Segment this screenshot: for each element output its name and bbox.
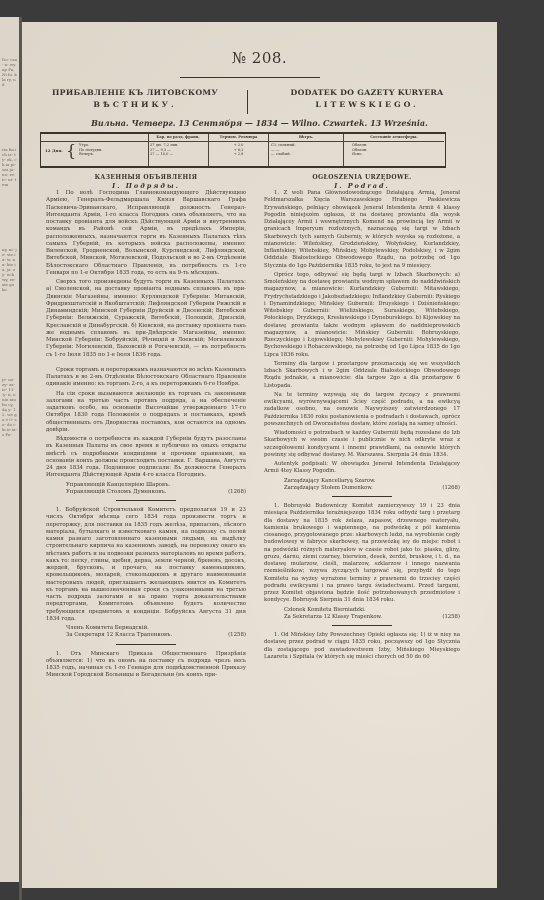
masthead-polish-line2: LITEWSKIEGO.	[262, 99, 472, 111]
article-paragraph: Сроки торгамъ и переторжкамъ назначаются…	[46, 367, 246, 389]
masthead-russian: ПРИБАВЛЕНІЕ КЪ ЛИТОВСКОМУ ВѢСТНИКУ.	[30, 87, 240, 111]
weather-barometer: 27 — 10,0 —	[150, 152, 206, 157]
weather-thermometer: + 2,8	[211, 152, 266, 157]
section-divider	[332, 496, 392, 497]
weather-wind: — слабый.	[271, 152, 341, 157]
polish-column: OGŁOSZENIA URZĘDOWE. I. Podrad. 1. Z wol…	[264, 174, 460, 663]
article-paragraph: Oprócz tego, odbywać się będą targi w Iz…	[264, 272, 460, 359]
weather-sky: Ясно.	[352, 152, 442, 157]
signature-line: Управляющій Столомъ Думенковъ.(1268)	[46, 489, 246, 496]
previous-page-text: ny, ni- je- ste ia- w. na- kie ia, ja- z…	[2, 247, 17, 367]
column-heading: КАЗЕННЫЯ ОБЪЯВЛЕНІЯ	[46, 174, 246, 182]
weather-col-barometer: Бар. по разд. франц. 27 дю. 7,2 лин. 27 …	[148, 134, 209, 166]
previous-page-text: ria fia ich iz- ty- ek, ck ia pi- sza ja…	[2, 147, 17, 247]
weather-time: Вечеръ.	[79, 152, 146, 157]
column-subheading: I. Podrad.	[264, 182, 460, 190]
signature-line: Zarządzający Kancellaryą Szarow.	[264, 478, 460, 485]
masthead-russian-line1: ПРИБАВЛЕНІЕ КЪ ЛИТОВСКОМУ	[30, 87, 240, 99]
weather-col-time: Утро. По полудни. Вечеръ.	[41, 134, 149, 166]
signature-line: Управляющій Канцеляріею Шаровъ.	[46, 482, 246, 489]
weather-table: 12 Дня. { Утро. По полудни. Вечеръ. Бар.…	[40, 132, 446, 168]
russian-column: КАЗЕННЫЯ ОБЪЯВЛЕНІЯ I. Подряды. 1 По вол…	[46, 174, 246, 682]
masthead-russian-line2: ВѢСТНИКУ.	[30, 99, 240, 111]
weather-header: Вѣтръ.	[269, 135, 343, 142]
weather-header: Состояніе атмосферы.	[344, 135, 444, 142]
signature-line: Zarządzający Stołem Dumenkow.(1268)	[264, 485, 460, 492]
previous-page-edge: Do- cza- n- wy ap Pa, Ni fo. kla ry, ud …	[0, 17, 20, 882]
article-paragraph: Autentyk podpisali: W obowiązku Jenerał …	[264, 461, 460, 476]
masthead-polish-line1: DODATEK DO GAZETY KURYERA	[262, 87, 472, 99]
article-paragraph: Na te terminy wzywają się do targow życz…	[264, 392, 460, 428]
reference-number: (1268)	[228, 489, 246, 496]
article-paragraph: Wiadomości o potrzebach w każdey Guberni…	[264, 430, 460, 459]
weather-header: Термом. Реомюра	[209, 135, 268, 142]
article-paragraph: На сіи сроки вызываются желающіе къ торг…	[46, 391, 246, 435]
reference-number: (1258)	[442, 614, 460, 621]
masthead-polish: DODATEK DO GAZETY KURYERA LITEWSKIEGO.	[262, 87, 472, 111]
article-paragraph: 1 По волѣ Господина Главнокомандующего Д…	[46, 190, 246, 277]
article-paragraph: 1. Бобруйской Строительной Комитетъ пред…	[46, 507, 246, 623]
previous-page-text: je- no- zy- za- ie- 11- 'y- n, o nie niu…	[2, 377, 17, 557]
section-divider	[116, 500, 176, 501]
column-heading: OGŁOSZENIA URZĘDOWE.	[264, 174, 460, 182]
signature-line: Za Sekretarza 12 Klassy Trapenkow.(1258)	[264, 614, 460, 621]
article-paragraph: 1. Z woli Pana Głównodowodzącego Działaj…	[264, 190, 460, 270]
weather-col-wind: Вѣтръ. СЗ. сильный. — — — слабый.	[269, 134, 344, 166]
dateline: Вильна. Четверг. 13 Сентября — 1834 — Wi…	[22, 118, 497, 128]
section-divider	[332, 625, 392, 626]
article-paragraph: Вѣдомости о потребности въ каждой Губерн…	[46, 436, 246, 480]
article-paragraph: Сверхъ того произведены будутъ торги въ …	[46, 279, 246, 359]
signature-line: Członek Komitetu Bierniadzki.	[264, 607, 460, 614]
column-subheading: I. Подряды.	[46, 182, 246, 190]
masthead-divider	[247, 90, 248, 114]
signature-line: За Секретаря 12 Класса Трапенковъ.(1258)	[46, 632, 246, 639]
weather-header: Бар. по разд. франц.	[148, 135, 208, 142]
issue-underline	[180, 77, 320, 78]
weather-col-sky: Состояніе атмосферы. Облачн. Облачн. Ясн…	[344, 134, 444, 166]
section-divider	[116, 644, 176, 645]
weather-col-thermometer: Термом. Реомюра + 2,0 + 6,2 + 2,8	[209, 134, 269, 166]
article-paragraph: 1. Od Mińskiey Izby Powszechney Opieki o…	[264, 632, 460, 661]
reference-number: (1268)	[442, 485, 460, 492]
issue-number: № 208.	[22, 49, 497, 67]
article-paragraph: 1. Отъ Минскаго Приказа Общественнаго Пр…	[46, 651, 246, 680]
previous-page-text: Do- cza- n- wy ap Pa, Ni fo. kla ry, ud	[2, 57, 17, 147]
article-paragraph: 1. Bobruyski Budowniczy Komitet zamierzy…	[264, 503, 460, 605]
newspaper-page: № 208. ПРИБАВЛЕНІЕ КЪ ЛИТОВСКОМУ ВѢСТНИК…	[22, 22, 497, 888]
article-paragraph: Terminy dla targow i przetargow przeznac…	[264, 361, 460, 390]
reference-number: (1258)	[228, 632, 246, 639]
